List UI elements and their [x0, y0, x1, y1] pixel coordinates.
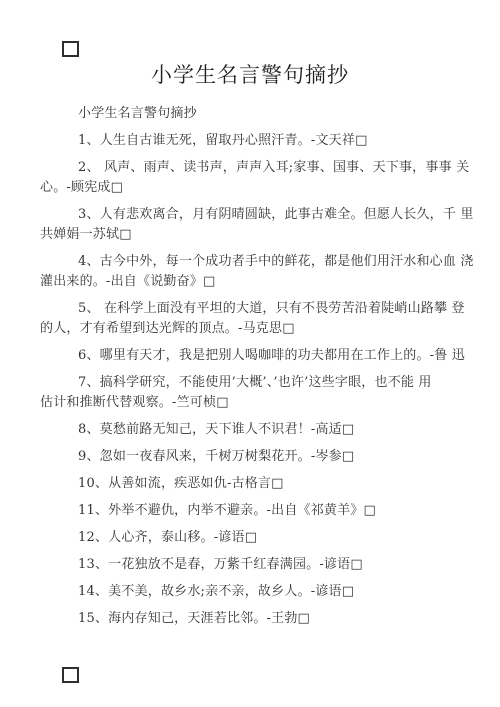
quote-paragraph: 1、人生自古谁无死，留取丹心照汗青。-文天祥□ — [40, 131, 464, 151]
quote-line: 11、外举不避仇，内举不避亲。-出自《祁黄羊》□ — [40, 501, 464, 521]
quote-paragraph: 9、忽如一夜春风来，千树万树梨花开。-岑参□ — [40, 447, 464, 467]
quote-line: 10、从善如流，疾恶如仇-古格言□ — [40, 474, 464, 494]
quote-line: 3、人有悲欢离合，月有阴晴圆缺，此事古难全。但愿人长久，千 里 — [40, 205, 464, 225]
quote-line: 心。-顾宪成□ — [40, 178, 464, 198]
quote-list: 1、人生自古谁无死，留取丹心照汗青。-文天祥□2、 风声、雨声、读书声，声声入耳… — [40, 131, 464, 629]
quote-paragraph: 10、从善如流，疾恶如仇-古格言□ — [40, 474, 464, 494]
quote-paragraph: 6、哪里有天才，我是把别人喝咖啡的功夫都用在工作上的。-鲁 迅 — [40, 346, 464, 366]
quote-paragraph: 14、美不美，故乡水;亲不亲，故乡人。-谚语□ — [40, 582, 464, 602]
quote-line: 6、哪里有天才，我是把别人喝咖啡的功夫都用在工作上的。-鲁 迅 — [40, 346, 464, 366]
quote-line: 7、搞科学研究，不能使用’大概’、’也许’这些字眼，也不能 用 — [40, 373, 464, 393]
quote-line: 灌出来的。-出自《说勤奋》□ — [40, 272, 464, 292]
quote-line: 4、古今中外，每一个成功者手中的鲜花，都是他们用汗水和心血 浇 — [40, 252, 464, 272]
empty-box-glyph-bottom — [62, 667, 79, 683]
quote-line: 1、人生自古谁无死，留取丹心照汗青。-文天祥□ — [40, 131, 464, 151]
quote-line: 14、美不美，故乡水;亲不亲，故乡人。-谚语□ — [40, 582, 464, 602]
quote-paragraph: 5、 在科学上面没有平坦的大道，只有不畏劳苦沿着陡峭山路攀 登的人，才有希望到达… — [40, 299, 464, 339]
quote-paragraph: 8、莫愁前路无知己，天下谁人不识君！-高适□ — [40, 420, 464, 440]
document-page: 小学生名言警句摘抄 小学生名言警句摘抄 1、人生自古谁无死，留取丹心照汗青。-文… — [0, 0, 500, 707]
quote-paragraph: 3、人有悲欢离合，月有阴晴圆缺，此事古难全。但愿人长久，千 里共婵娟一苏轼□ — [40, 205, 464, 245]
empty-box-glyph-top — [62, 41, 79, 57]
quote-line: 的人，才有希望到达光辉的顶点。-马克思□ — [40, 319, 464, 339]
quote-paragraph: 11、外举不避仇，内举不避亲。-出自《祁黄羊》□ — [40, 501, 464, 521]
quote-line: 5、 在科学上面没有平坦的大道，只有不畏劳苦沿着陡峭山路攀 登 — [40, 299, 464, 319]
quote-line: 2、 风声、雨声、读书声，声声入耳;家事、国事、天下事，事事 关 — [40, 158, 464, 178]
quote-line: 估计和推断代替观察。-竺可桢□ — [40, 393, 464, 413]
document-subtitle: 小学生名言警句摘抄 — [40, 104, 464, 124]
quote-paragraph: 15、海内存知己，天涯若比邻。-王勃□ — [40, 609, 464, 629]
quote-line: 15、海内存知己，天涯若比邻。-王勃□ — [40, 609, 464, 629]
quote-paragraph: 4、古今中外，每一个成功者手中的鲜花，都是他们用汗水和心血 浇灌出来的。-出自《… — [40, 252, 464, 292]
quote-paragraph: 2、 风声、雨声、读书声，声声入耳;家事、国事、天下事，事事 关心。-顾宪成□ — [40, 158, 464, 198]
quote-line: 共婵娟一苏轼□ — [40, 225, 464, 245]
document-title: 小学生名言警句摘抄 — [0, 59, 500, 89]
quote-line: 12、人心齐，泰山移。-谚语□ — [40, 528, 464, 548]
quote-paragraph: 12、人心齐，泰山移。-谚语□ — [40, 528, 464, 548]
document-body: 小学生名言警句摘抄 1、人生自古谁无死，留取丹心照汗青。-文天祥□2、 风声、雨… — [40, 104, 464, 636]
quote-paragraph: 7、搞科学研究，不能使用’大概’、’也许’这些字眼，也不能 用估计和推断代替观察… — [40, 373, 464, 413]
quote-line: 13、一花独放不是春，万紫千红春满园。-谚语□ — [40, 555, 464, 575]
quote-paragraph: 13、一花独放不是春，万紫千红春满园。-谚语□ — [40, 555, 464, 575]
quote-line: 8、莫愁前路无知己，天下谁人不识君！-高适□ — [40, 420, 464, 440]
quote-line: 9、忽如一夜春风来，千树万树梨花开。-岑参□ — [40, 447, 464, 467]
